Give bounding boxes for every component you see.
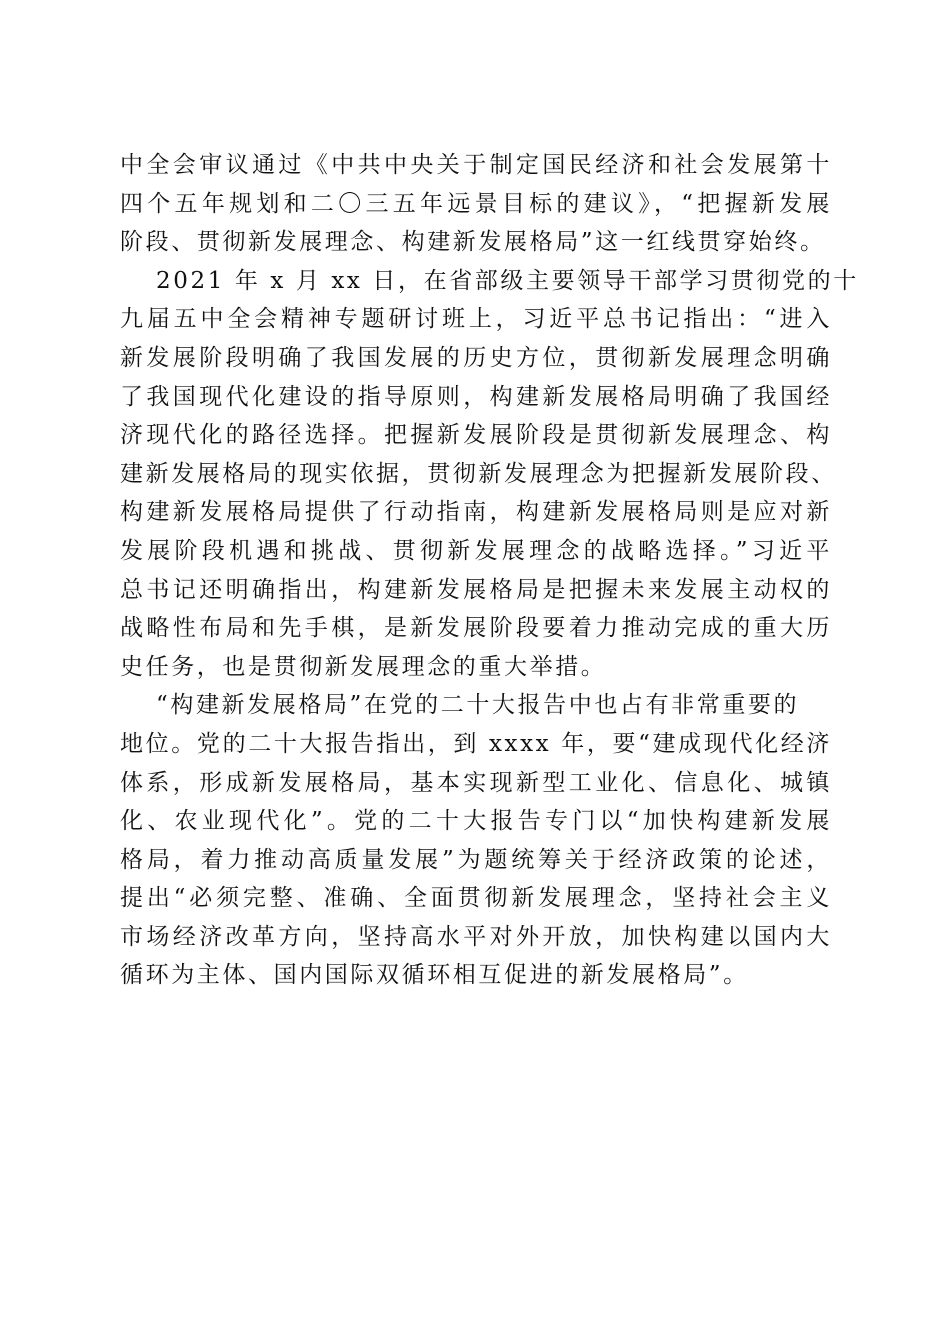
paragraph-1: 中全会审议通过《中共中央关于制定国民经济和社会发展第十 四个五年规划和二〇三五年… <box>120 146 832 262</box>
text-line: 提出“必须完整、准确、全面贯彻新发展理念，坚持社会主义 <box>120 879 832 918</box>
text-line: 建新发展格局的现实依据，贯彻新发展理念为把握新发展阶段、 <box>120 455 832 494</box>
text-line: 格局，着力推动高质量发展”为题统筹关于经济政策的论述， <box>120 841 832 880</box>
text-line-first: “构建新发展格局”在党的二十大报告中也占有非常重要的 <box>120 686 832 725</box>
text-line: 战略性布局和先手棋，是新发展阶段要着力推动完成的重大历 <box>120 609 832 648</box>
text-line: 济现代化的路径选择。把握新发展阶段是贯彻新发展理念、构 <box>120 416 832 455</box>
text-line: 中全会审议通过《中共中央关于制定国民经济和社会发展第十 <box>120 146 832 185</box>
paragraph-3: “构建新发展格局”在党的二十大报告中也占有非常重要的 地位。党的二十大报告指出，… <box>120 686 832 995</box>
text-line: 市场经济改革方向，坚持高水平对外开放，加快构建以国内大 <box>120 918 832 957</box>
text-line: 九届五中全会精神专题研讨班上，习近平总书记指出：“进入 <box>120 300 832 339</box>
text-line: 化、农业现代化”。党的二十大报告专门以“加快构建新发展 <box>120 802 832 841</box>
text-line: 地位。党的二十大报告指出，到 xxxx 年，要“建成现代化经济 <box>120 725 832 764</box>
document-page: 中全会审议通过《中共中央关于制定国民经济和社会发展第十 四个五年规划和二〇三五年… <box>0 0 950 1344</box>
text-line: 构建新发展格局提供了行动指南，构建新发展格局则是应对新 <box>120 493 832 532</box>
text-line: 体系，形成新发展格局，基本实现新型工业化、信息化、城镇 <box>120 764 832 803</box>
text-line-first: 2021 年 x 月 xx 日，在省部级主要领导干部学习贯彻党的十 <box>120 262 832 301</box>
document-body: 中全会审议通过《中共中央关于制定国民经济和社会发展第十 四个五年规划和二〇三五年… <box>120 146 832 995</box>
text-line: 发展阶段机遇和挑战、贯彻新发展理念的战略选择。”习近平 <box>120 532 832 571</box>
text-line: 了我国现代化建设的指导原则，构建新发展格局明确了我国经 <box>120 378 832 417</box>
text-line-last: 史任务，也是贯彻新发展理念的重大举措。 <box>120 648 832 687</box>
text-line-last: 循环为主体、国内国际双循环相互促进的新发展格局”。 <box>120 956 832 995</box>
text-line: 四个五年规划和二〇三五年远景目标的建议》，“把握新发展 <box>120 185 832 224</box>
text-line: 总书记还明确指出，构建新发展格局是把握未来发展主动权的 <box>120 571 832 610</box>
text-line: 新发展阶段明确了我国发展的历史方位，贯彻新发展理念明确 <box>120 339 832 378</box>
paragraph-2: 2021 年 x 月 xx 日，在省部级主要领导干部学习贯彻党的十 九届五中全会… <box>120 262 832 687</box>
text-line: 阶段、贯彻新发展理念、构建新发展格局”这一红线贯穿始终。 <box>120 223 832 262</box>
